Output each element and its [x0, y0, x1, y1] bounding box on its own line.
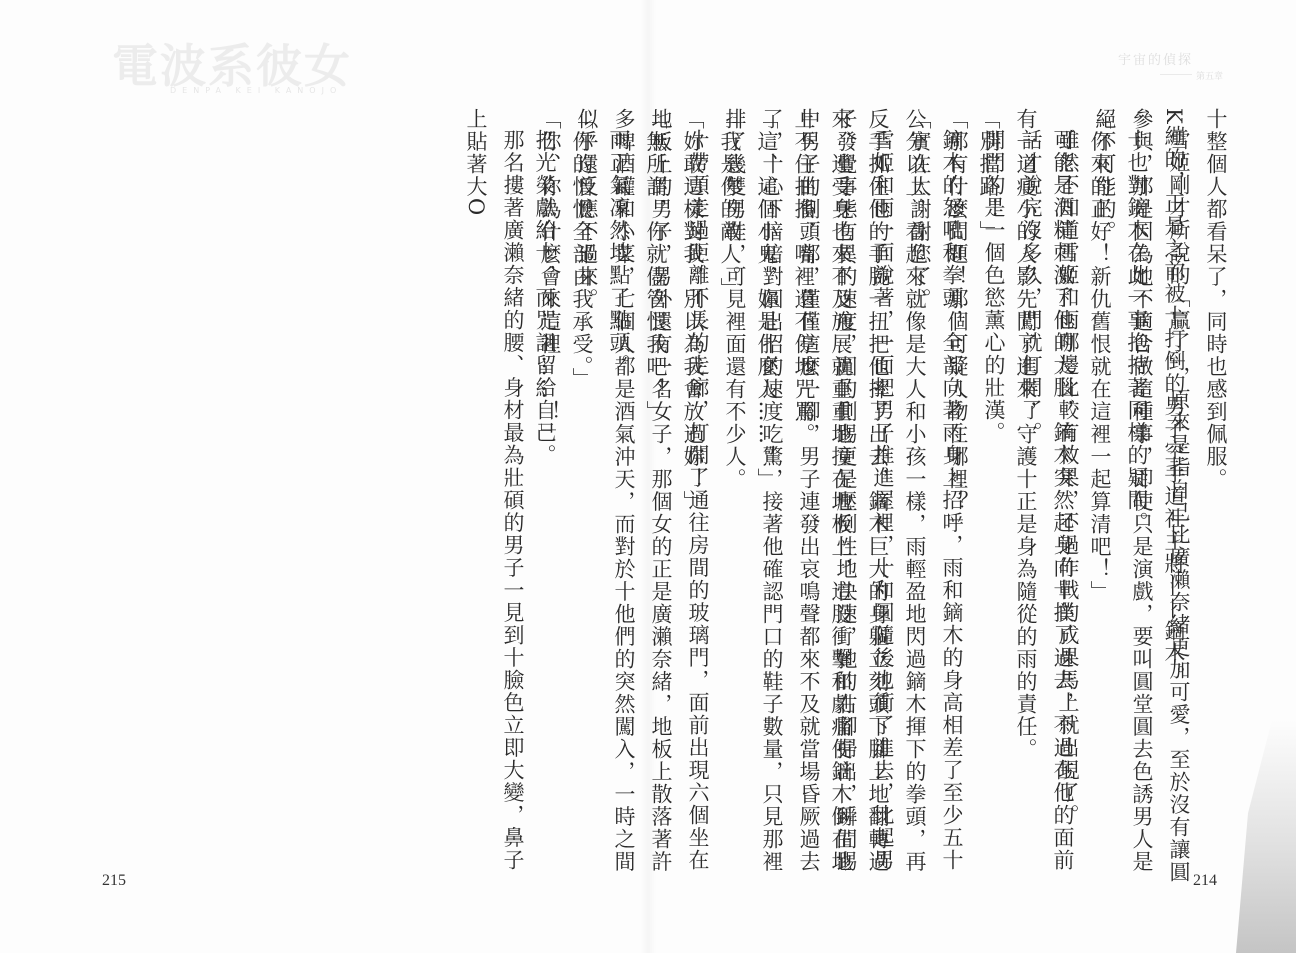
dialogue-line: 「別擋路！」 [970, 108, 1007, 888]
paragraph: 鏑木的怒吼和拳頭，全部向著雨身上招呼，雨和鏑木的身高相差了至少五十公分以上，看起… [785, 108, 970, 888]
chapter-header-subtitle: 第五章 [1196, 69, 1223, 82]
book-spread: 電波系彼女 DENPA KEI KANOJO 宇宙的偵探 第五章 十整個人都看呆… [0, 0, 1296, 953]
paragraph: 十也對鏑木在此一事抱持著同樣的疑問。 [1118, 108, 1155, 888]
dialogue-line: 「你來的正好！新仇舊恨就在這裡一起算清吧！」 [1081, 108, 1118, 888]
dialogue-line: 「這、這個小鬼，妳是什麼人……！」 [748, 108, 785, 888]
dialogue-line: 「無所謂，你就儘管恨我吧！」 [637, 108, 674, 888]
dialogue-line: 「妳敢這樣對我，別以為我會放過妳！」 [674, 108, 711, 888]
dialogue-line: 「你的憎恨全部由我承受。」 [563, 108, 600, 888]
page-number-left: 215 [102, 872, 126, 890]
paragraph: 十整個人都看呆了，同時也感到佩服。 [1197, 108, 1234, 888]
paragraph: 那名摟著廣瀨奈緒的腰、身材最為壯碩的男子一見到十臉色立即大變，鼻子上貼著大O [457, 108, 531, 888]
paragraph: 雨正氣凜然地點了點頭。 [600, 108, 637, 888]
chapter-header-title: 宇宙的偵探 [1118, 49, 1193, 68]
paragraph: 把光榮獻給十，而咒詛留給自己。 [526, 108, 563, 888]
series-logo-subtitle: DENPA KEI KANOJO [170, 86, 342, 95]
header-rule [1160, 74, 1192, 75]
page-215-text: K繃的，正是之前被十打倒的男子空手道社主將——鏑木。 十也對鏑木在此一事抱持著同… [632, 108, 1192, 888]
page-number-right: 214 [1193, 872, 1217, 890]
dialogue-line: 「我是你的敵人。」 [711, 108, 748, 888]
paragraph: 可能是酒精刺激了他的大腦，鏑木突然起身向十撲了過去，不過在他的面前有一道瘦小的人… [1007, 108, 1081, 888]
paragraph: K繃的，正是之前被十打倒的男子空手道社主將——鏑木。 [1155, 108, 1192, 888]
